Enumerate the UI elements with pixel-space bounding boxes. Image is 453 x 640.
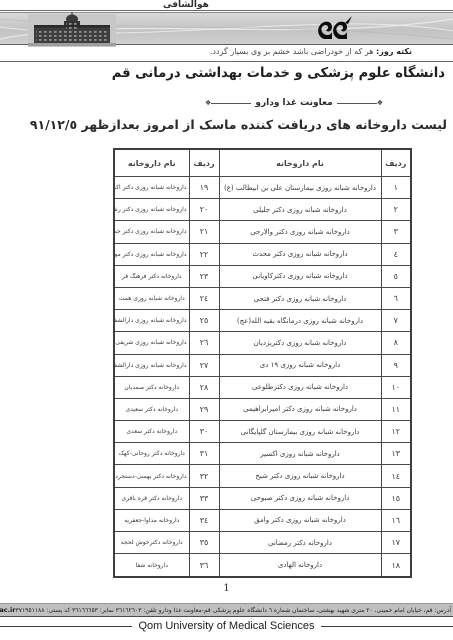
table-header-row: ردیف نام داروخانه ردیف نام داروخانه xyxy=(114,149,411,177)
table-row: ٣داروخانه شبانه روزی دکتر والارجی٢١داروخ… xyxy=(114,221,411,243)
row-number-cell: ٢١ xyxy=(189,221,219,243)
pharmacy-name-cell: داروخانه شبانه روزی دکتر امیرابراهیمی xyxy=(219,398,381,420)
page-number: 1 xyxy=(0,583,453,594)
pharmacy-name-cell: داروخانه دکتر قره باقری xyxy=(114,487,189,509)
row-number-cell: ٢٣ xyxy=(189,265,219,287)
pharmacy-name-cell: داروخانه دکترخوش لحجه xyxy=(114,532,189,554)
pharmacy-name-cell: داروخانه شبانه روزی دکتر شیخ xyxy=(219,465,381,487)
pharmacy-name-cell: داروخانه شبانه روزی دکتر فتحی xyxy=(219,287,381,309)
table-row: ١٥داروخانه شبانه روزی دکتر صبوحی٣٣داروخا… xyxy=(114,487,411,509)
pharmacy-name-cell: داروخانه شبانه روزی دکتر محدث xyxy=(219,243,381,265)
pharmacy-name-cell: داروخانه دکتر رمضانی xyxy=(219,532,381,554)
table-row: ١٠داروخانه شبانه روزی دکترطلوعی٢٨داروخان… xyxy=(114,376,411,398)
pharmacy-name-cell: داروخانه دکتر روحانی-کهک xyxy=(114,443,189,465)
row-number-cell: ٦ xyxy=(381,287,411,309)
ornament-rule xyxy=(211,103,251,104)
qom-ums-logo-icon xyxy=(315,15,353,42)
pharmacy-name-cell: داروخانه شبانه روزی دکترطلوعی xyxy=(219,376,381,398)
pharmacy-name-cell: داروخانه شبانه روزی دکترکاویانی xyxy=(219,265,381,287)
row-number-cell: ١ xyxy=(381,177,411,199)
pharmacy-name-cell: داروخانه دکتر سعدی xyxy=(114,421,189,443)
pharmacy-table-body: ١داروخانه شبانه روزی بیمارستان علی بن اب… xyxy=(114,177,411,578)
pharmacy-name-cell: داروخانه شبانه روزی دکتر حسینی xyxy=(114,221,189,243)
document-title: لیست داروخانه های دریافت کننده ماسک از ا… xyxy=(70,117,447,132)
row-number-cell: ٢٢ xyxy=(189,243,219,265)
university-name-calligraphy: دانشگاه علوم پزشکی و خدمات بهداشتی درمان… xyxy=(185,65,445,81)
row-number-cell: ١٥ xyxy=(381,487,411,509)
row-number-cell: ٢٩ xyxy=(189,398,219,420)
pharmacy-name-cell: داروخانه شبانه روزی دکتر اکرمی xyxy=(114,177,189,199)
pharmacy-name-cell: داروخانه شبانه روزی دارالشفا حضرت مهدی(ع… xyxy=(114,310,189,332)
tip-of-day: نکته روز: هر که از خودراضی باشد خشم بر و… xyxy=(210,47,412,56)
pharmacy-name-cell: داروخانه شفا xyxy=(114,554,189,577)
ornament-rule xyxy=(337,103,377,104)
footer-address-bar: آدرس: قم، خیابان امام خمینی، ٢٠ متری شهی… xyxy=(0,603,453,617)
row-number-cell: ٢ xyxy=(381,199,411,221)
row-number-cell: ٢٠ xyxy=(189,199,219,221)
pharmacy-name-cell: داروخانه الهادی xyxy=(219,554,381,577)
pharmacy-name-cell: داروخانه دکتر بهمنی-دستجرد xyxy=(114,465,189,487)
table-row: ٦داروخانه شبانه روزی دکتر فتحی٢٤داروخانه… xyxy=(114,287,411,309)
pharmacy-name-cell: داروخانه دکتر فرهنگ فر xyxy=(114,265,189,287)
ornament-icon: ❖ xyxy=(377,100,383,107)
footer-url: http://fdo.muq.ac.ir xyxy=(0,606,16,614)
table-row: ١٢داروخانه شبانه روزی بیمارستان گلپایگان… xyxy=(114,421,411,443)
pharmacy-name-cell: داروخانه شبانه روزی همت xyxy=(114,287,189,309)
row-number-cell: ٨ xyxy=(381,332,411,354)
footer-address-text: آدرس: قم، خیابان امام خمینی، ٢٠ متری شهی… xyxy=(16,607,452,614)
table-row: ٧داروخانه شبانه روزی درمانگاه بقیه الله(… xyxy=(114,310,411,332)
row-number-cell: ٢٦ xyxy=(189,332,219,354)
table-row: ٥داروخانه شبانه روزی دکترکاویانی٢٣داروخا… xyxy=(114,265,411,287)
pharmacy-name-cell: داروخانه شبانه روزی شریفی xyxy=(114,332,189,354)
table-row: ١٦داروخانه شبانه روزی دکتر وامق٣٤داروخان… xyxy=(114,509,411,531)
table-row: ١٧داروخانه دکتر رمضانی٣٥داروخانه دکترخوش… xyxy=(114,532,411,554)
pharmacy-table: ردیف نام داروخانه ردیف نام داروخانه ١دار… xyxy=(113,148,412,578)
ornament-icon: ❖ xyxy=(205,100,211,107)
row-number-cell: ٧ xyxy=(381,310,411,332)
pharmacy-name-cell: داروخانه شبانه روزی دکتر رشیدی xyxy=(114,199,189,221)
row-number-cell: ١٧ xyxy=(381,532,411,554)
column-header-radif: ردیف xyxy=(189,149,219,177)
table-row: ٨داروخانه شبانه روزی دکتریزدیان٢٦داروخان… xyxy=(114,332,411,354)
table-row: ١١داروخانه شبانه روزی دکتر امیرابراهیمی٢… xyxy=(114,398,411,420)
row-number-cell: ٣٣ xyxy=(189,487,219,509)
pharmacy-name-cell: داروخانه شبانه روزی ١٩ دی xyxy=(219,354,381,376)
table-row: ١٨داروخانه الهادی٣٦داروخانه شفا xyxy=(114,554,411,577)
row-number-cell: ٣٤ xyxy=(189,509,219,531)
row-number-cell: ١٠ xyxy=(381,376,411,398)
row-number-cell: ٣٦ xyxy=(189,554,219,577)
row-number-cell: ١٩ xyxy=(189,177,219,199)
row-number-cell: ١٤ xyxy=(381,465,411,487)
pharmacy-name-cell: داروخانه مداوا-جعفریه xyxy=(114,509,189,531)
bismillah-heading: هوالشافی xyxy=(163,0,209,10)
row-number-cell: ٢٨ xyxy=(189,376,219,398)
university-name-english: Qom University of Medical Sciences xyxy=(138,620,314,632)
row-number-cell: ٥ xyxy=(381,265,411,287)
tip-text: هر که از خودراضی باشد خشم بر وی بسیار گر… xyxy=(210,47,374,56)
row-number-cell: ١١ xyxy=(381,398,411,420)
pharmacy-name-cell: داروخانه شبانه روزی دکتر صبوحی xyxy=(219,487,381,509)
pharmacy-name-cell: داروخانه شبانه روزی درمانگاه بقیه الله(ع… xyxy=(219,310,381,332)
row-number-cell: ٣ xyxy=(381,221,411,243)
row-number-cell: ٣٠ xyxy=(189,421,219,443)
table-row: ١داروخانه شبانه روزی بیمارستان علی بن اب… xyxy=(114,177,411,199)
column-header-name: نام داروخانه xyxy=(114,149,189,177)
pharmacy-name-cell: داروخانه شبانه روزی بیمارستان علی بن ابی… xyxy=(219,177,381,199)
tip-label: نکته روز: xyxy=(376,47,412,56)
row-number-cell: ٣١ xyxy=(189,443,219,465)
table-row: ٢داروخانه شبانه روزی دکتر جلیلی٢٠داروخان… xyxy=(114,199,411,221)
pharmacy-name-cell: داروخانه دکتر صمدیان xyxy=(114,376,189,398)
table-row: ١٤داروخانه شبانه روزی دکتر شیخ٣٢داروخانه… xyxy=(114,465,411,487)
pharmacy-name-cell: داروخانه شبانه روزی دکتر وامق xyxy=(219,509,381,531)
column-header-radif: ردیف xyxy=(381,149,411,177)
footer-university-english-line: Qom University of Medical Sciences xyxy=(0,620,453,632)
row-number-cell: ٢٤ xyxy=(189,287,219,309)
deputy-label: معاونت غذا ودارو xyxy=(251,98,336,108)
row-number-cell: ٩ xyxy=(381,354,411,376)
row-number-cell: ٣٥ xyxy=(189,532,219,554)
table-row: ١٣داروخانه شبانه روزی اکسیر٣١داروخانه دک… xyxy=(114,443,411,465)
row-number-cell: ١٨ xyxy=(381,554,411,577)
deputy-line: ❖ معاونت غذا ودارو ❖ xyxy=(205,98,383,108)
row-number-cell: ٣٢ xyxy=(189,465,219,487)
row-number-cell: ٢٥ xyxy=(189,310,219,332)
pharmacy-name-cell: داروخانه شبانه روزی دارالشفا آل محمد(ص) xyxy=(114,354,189,376)
row-number-cell: ٢٧ xyxy=(189,354,219,376)
university-building-photo xyxy=(28,10,116,47)
row-number-cell: ١٣ xyxy=(381,443,411,465)
pharmacy-name-cell: داروخانه شبانه روزی دکتر جلیلی xyxy=(219,199,381,221)
header-banner xyxy=(0,12,453,45)
row-number-cell: ١٦ xyxy=(381,509,411,531)
pharmacy-name-cell: داروخانه شبانه روزی اکسیر xyxy=(219,443,381,465)
column-header-name: نام داروخانه xyxy=(219,149,381,177)
row-number-cell: ٤ xyxy=(381,243,411,265)
pharmacy-table-container: ردیف نام داروخانه ردیف نام داروخانه ١دار… xyxy=(113,148,412,578)
table-row: ٩داروخانه شبانه روزی ١٩ دی٢٧داروخانه شبا… xyxy=(114,354,411,376)
pharmacy-name-cell: داروخانه شبانه روزی دکتریزدیان xyxy=(219,332,381,354)
pharmacy-name-cell: داروخانه شبانه روزی بیمارستان گلپایگانی xyxy=(219,421,381,443)
pharmacy-name-cell: داروخانه دکتر سعیدی xyxy=(114,398,189,420)
mid-divider xyxy=(0,61,453,62)
pharmacy-name-cell: داروخانه شبانه روزی دکتر مویدی xyxy=(114,243,189,265)
table-row: ٤داروخانه شبانه روزی دکتر محدث٢٢داروخانه… xyxy=(114,243,411,265)
pharmacy-name-cell: داروخانه شبانه روزی دکتر والارجی xyxy=(219,221,381,243)
row-number-cell: ١٢ xyxy=(381,421,411,443)
